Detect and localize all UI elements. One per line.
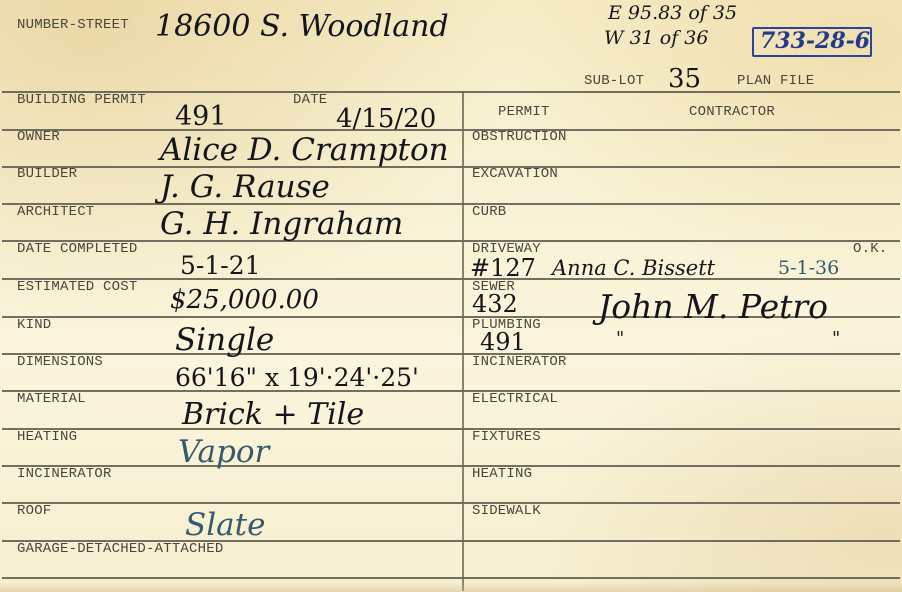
incinerator-permit-label: INCINERATOR xyxy=(472,355,567,369)
kind-label: KIND xyxy=(17,318,51,332)
parcel-number-box: 733-28-6 xyxy=(752,27,872,57)
estimated-cost-label: ESTIMATED COST xyxy=(17,280,137,294)
incinerator-label: INCINERATOR xyxy=(17,467,112,481)
fixtures-label: FIXTURES xyxy=(472,430,541,444)
number-street-label: NUMBER-STREET xyxy=(17,18,129,32)
rule xyxy=(2,465,900,467)
plumbing-ok-ditto: " xyxy=(832,330,840,348)
contractor-column-header: CONTRACTOR xyxy=(689,105,775,119)
material-label: MATERIAL xyxy=(17,392,86,406)
legal-description-line2: W 31 of 36 xyxy=(604,29,708,48)
architect-label: ARCHITECT xyxy=(17,205,94,219)
roof-label: ROOF xyxy=(17,504,51,518)
garage-label: GARAGE-DETACHED-ATTACHED xyxy=(17,542,223,556)
legal-description-line1: E 95.83 of 35 xyxy=(608,4,737,23)
sub-lot-label: SUB-LOT xyxy=(584,74,644,88)
plan-file-label: PLAN FILE xyxy=(737,74,814,88)
sub-lot-value: 35 xyxy=(668,66,701,92)
plumbing-contractor-ditto: " xyxy=(616,330,624,348)
column-divider xyxy=(462,91,464,591)
builder-value: J. G. Rause xyxy=(160,172,330,203)
permit-column-header: PERMIT xyxy=(498,105,550,119)
rule xyxy=(2,502,900,504)
rule xyxy=(2,353,900,355)
driveway-permit-value: #127 xyxy=(470,256,536,280)
builder-label: BUILDER xyxy=(17,167,77,181)
date-completed-label: DATE COMPLETED xyxy=(17,242,137,256)
sidewalk-label: SIDEWALK xyxy=(472,504,541,518)
heating-label: HEATING xyxy=(17,430,77,444)
heating-value: Vapor xyxy=(178,437,269,468)
driveway-contractor-value: Anna C. Bissett xyxy=(552,258,715,279)
rule xyxy=(2,129,900,131)
dimensions-value: 66'16" x 19'·24'·25' xyxy=(175,365,419,390)
date-label: DATE xyxy=(293,93,327,107)
sewer-permit-value: 432 xyxy=(472,292,518,316)
owner-label: OWNER xyxy=(17,130,60,144)
electrical-label: ELECTRICAL xyxy=(472,392,558,406)
estimated-cost-value: $25,000.00 xyxy=(170,287,319,313)
parcel-number: 733-28-6 xyxy=(760,30,870,52)
permit-date-value: 4/15/20 xyxy=(336,106,436,132)
rule xyxy=(2,577,900,579)
rule xyxy=(2,428,900,430)
roof-value: Slate xyxy=(185,510,265,541)
building-permit-value: 491 xyxy=(175,103,227,130)
dimensions-label: DIMENSIONS xyxy=(17,355,103,369)
date-completed-value: 5-1-21 xyxy=(180,253,261,278)
obstruction-label: OBSTRUCTION xyxy=(472,130,567,144)
rule xyxy=(2,390,900,392)
material-value: Brick + Tile xyxy=(182,400,364,430)
ok-column-header: O.K. xyxy=(853,242,887,256)
heating-permit-label: HEATING xyxy=(472,467,532,481)
driveway-ok-value: 5-1-36 xyxy=(778,259,839,278)
excavation-label: EXCAVATION xyxy=(472,167,558,181)
permit-record-card: NUMBER-STREET 18600 S. Woodland E 95.83 … xyxy=(0,0,902,592)
architect-value: G. H. Ingraham xyxy=(160,209,403,240)
owner-value: Alice D. Crampton xyxy=(160,135,449,166)
curb-label: CURB xyxy=(472,205,506,219)
sewer-contractor-value: John M. Petro xyxy=(598,290,828,323)
rule xyxy=(2,166,900,168)
address-value: 18600 S. Woodland xyxy=(155,12,449,42)
kind-value: Single xyxy=(175,325,274,356)
plumbing-permit-value: 491 xyxy=(480,330,526,354)
building-permit-label: BUILDING PERMIT xyxy=(17,93,146,107)
rule xyxy=(2,203,900,205)
